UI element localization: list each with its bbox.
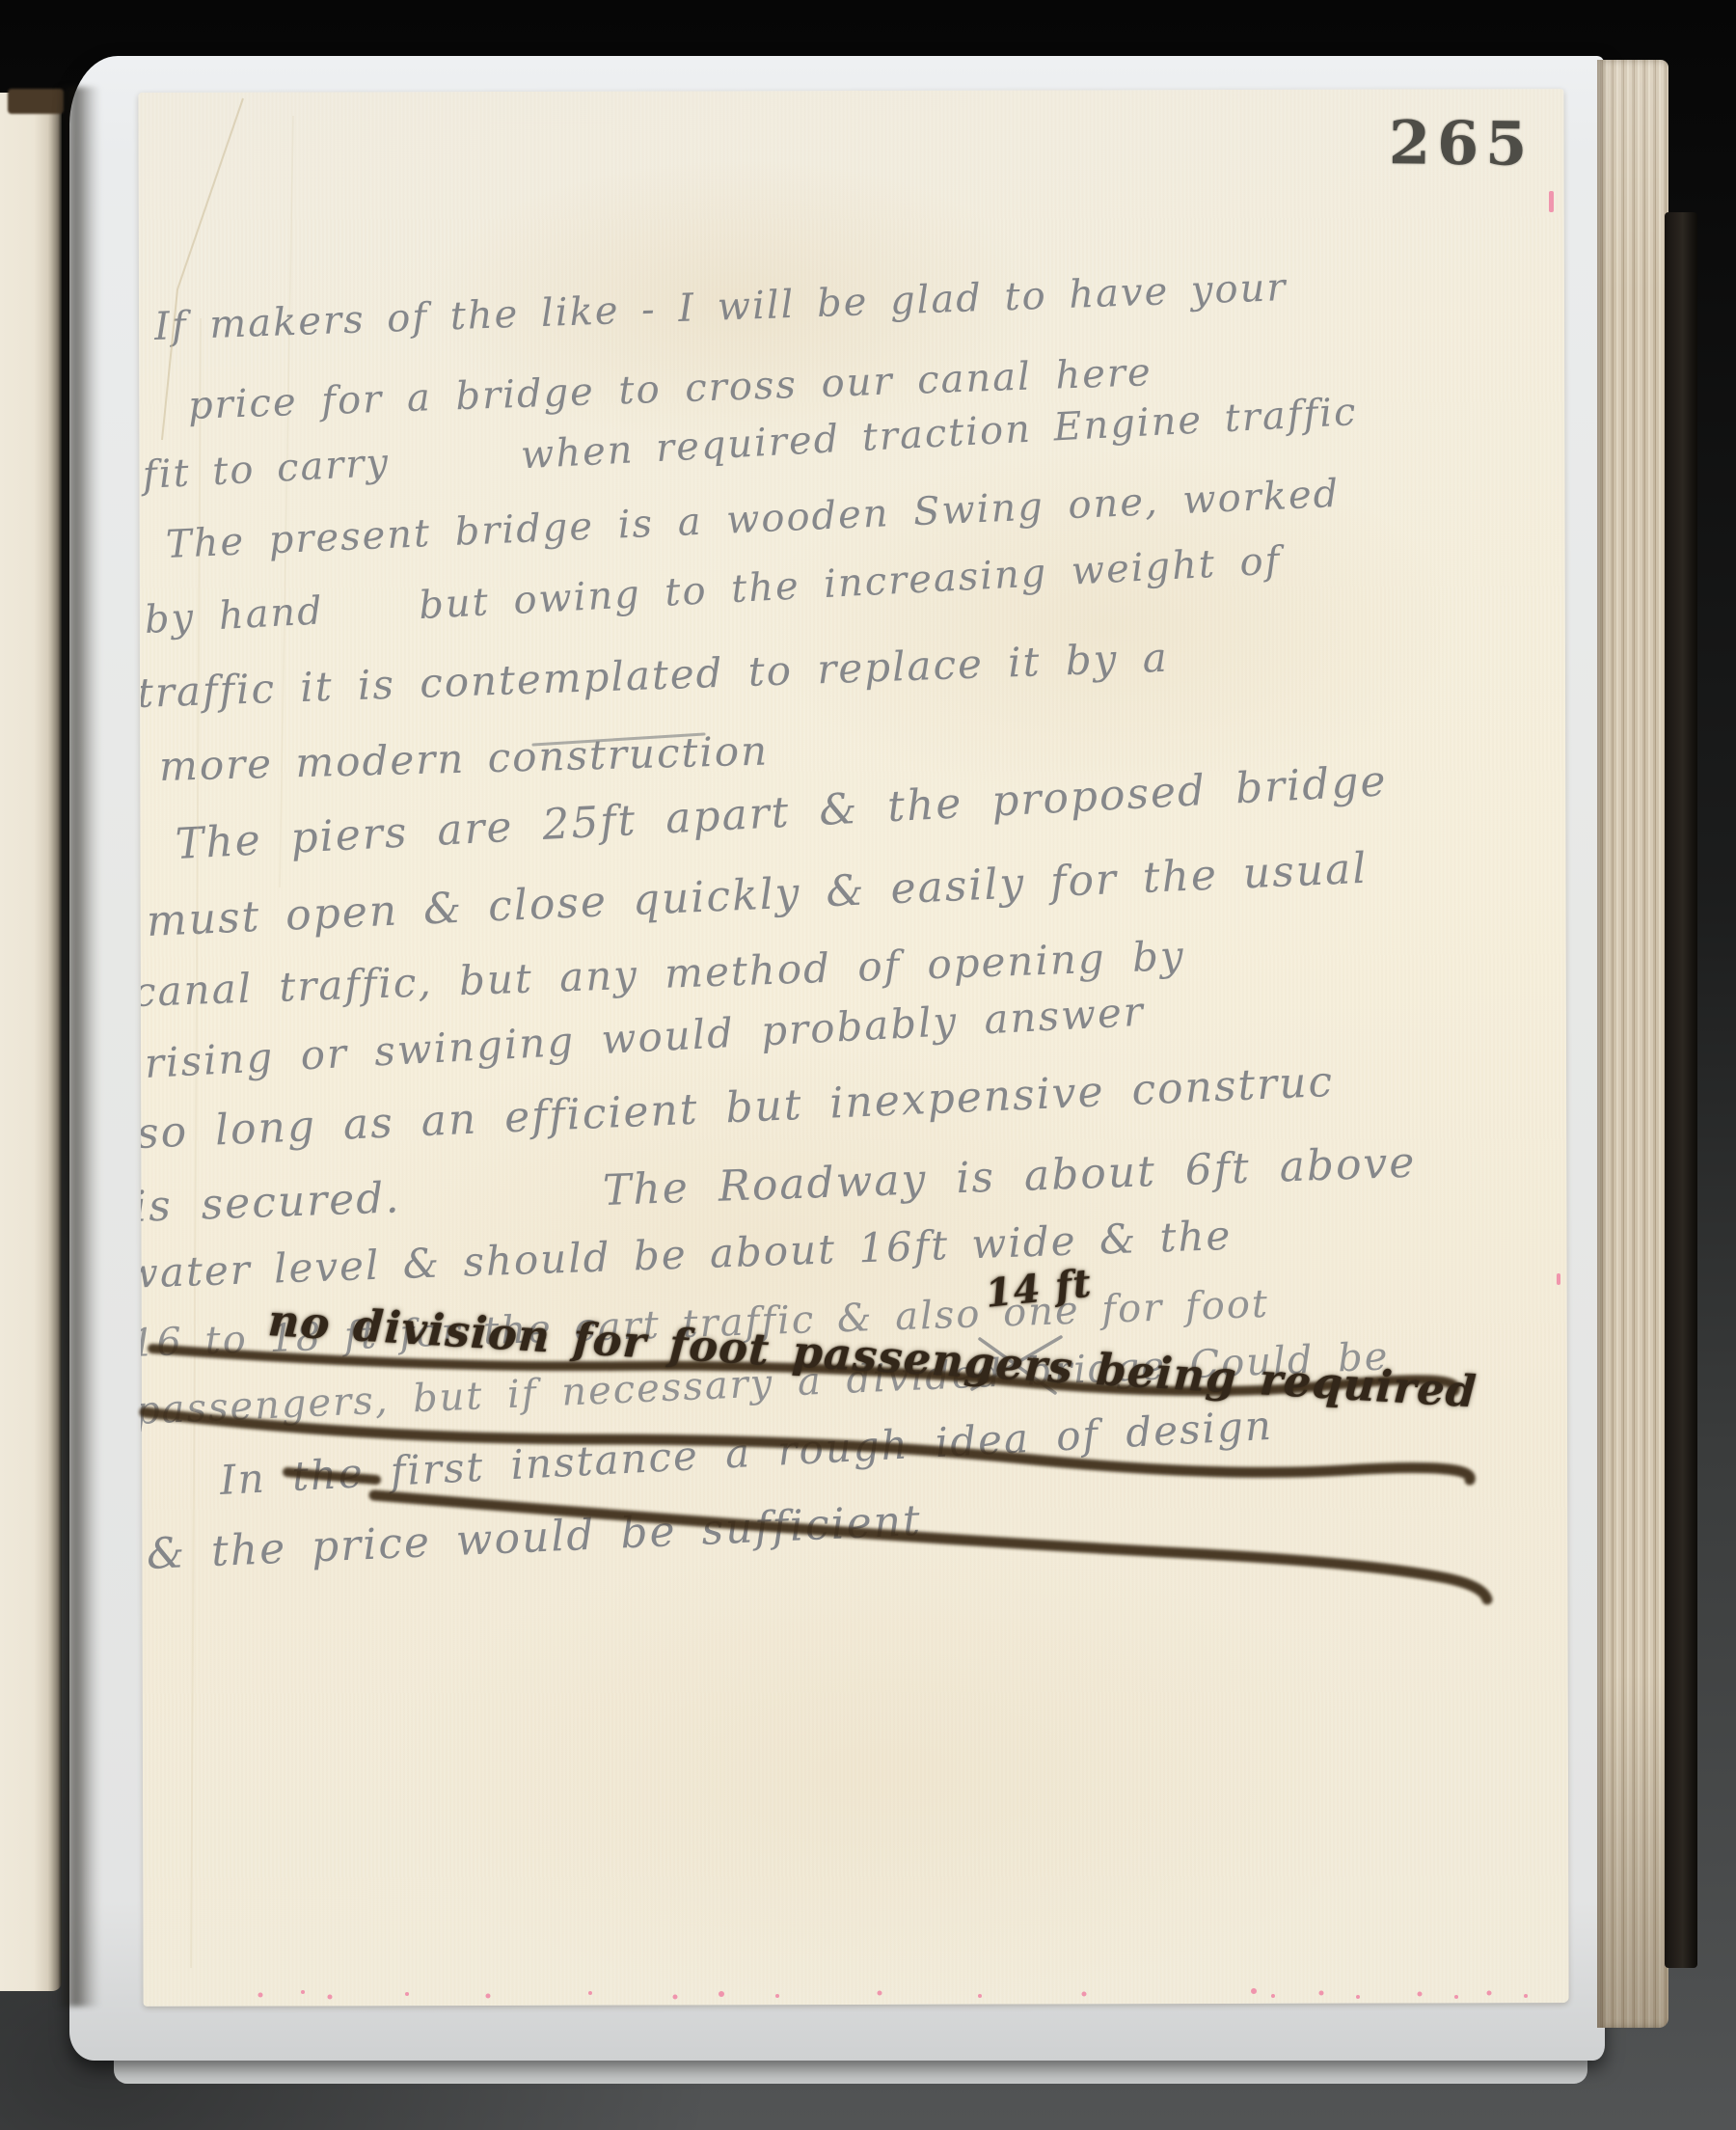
ink-annotation-note: no division for foot passengers being re… bbox=[266, 1295, 1478, 1417]
gutter-shadow bbox=[56, 87, 100, 2007]
photo-background: 265 If makers of the like - I will be gl… bbox=[0, 0, 1736, 2130]
ink-annotation-correction: 14 ft bbox=[984, 1261, 1095, 1317]
ink-annotation-layer: no division for foot passengers being re… bbox=[0, 0, 1736, 2130]
book-cover-edge bbox=[1665, 212, 1697, 1968]
page-edge-stack bbox=[1597, 60, 1668, 2028]
previous-page-edge bbox=[0, 93, 62, 1991]
